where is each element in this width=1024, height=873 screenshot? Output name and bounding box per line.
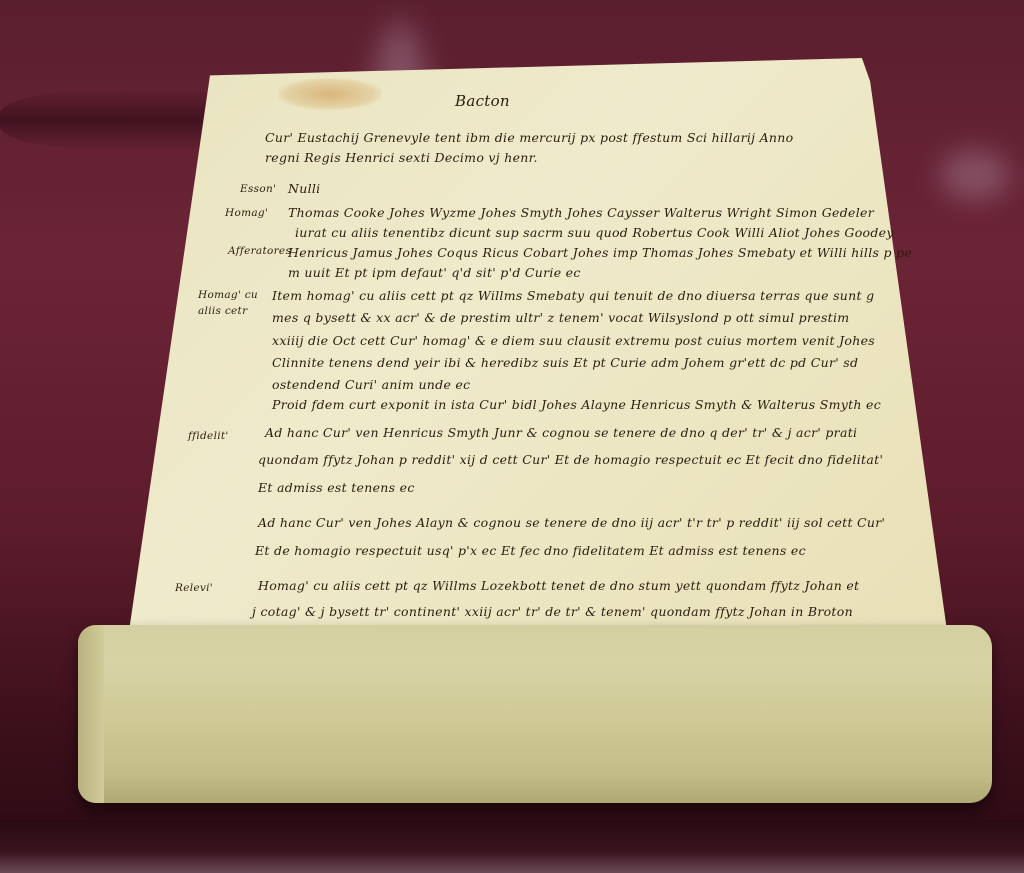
margin-note: Homag' cu aliis cetr [198, 287, 268, 319]
entry-line: j cotag' & j bysett tr' continent' xxiij… [252, 604, 853, 619]
light-reflection [940, 150, 1010, 200]
margin-note: ffidelit' [188, 430, 229, 442]
rolled-parchment [78, 625, 992, 803]
margin-note: Homag' [225, 207, 268, 219]
entry-line: Clinnite tenens dend yeir ibi & heredibz… [272, 355, 858, 370]
entry-line: iurat cu aliis tenentibz dicunt sup sacr… [295, 225, 894, 240]
entry-line: Ad hanc Cur' ven Johes Alayn & cognou se… [258, 515, 885, 530]
roll-end [78, 625, 104, 803]
display-surface-edge [0, 820, 1024, 873]
entry-line: quondam ffytz Johan p reddit' xij d cett… [258, 452, 883, 467]
manuscript-heading: Bacton [455, 92, 510, 110]
entry-line: Ad hanc Cur' ven Henricus Smyth Junr & c… [265, 425, 857, 440]
entry-line: m uuit Et pt ipm defaut' q'd sit' p'd Cu… [288, 265, 581, 280]
parchment-stain [278, 78, 382, 110]
entry-line: Nulli [288, 181, 320, 196]
margin-note: Afferatores [228, 245, 291, 257]
entry-line: ostendend Curi' anim unde ec [272, 377, 470, 392]
opening-line: regni Regis Henrici sexti Decimo vj henr… [265, 150, 538, 165]
entry-line: Henricus Jamus Johes Coqus Ricus Cobart … [288, 245, 912, 260]
entry-line: mes q bysett & xx acr' & de prestim ultr… [272, 310, 849, 325]
margin-note: Relevi' [175, 582, 213, 594]
entry-line: Proid fdem curt exponit in ista Cur' bid… [272, 397, 881, 412]
entry-line: Item homag' cu aliis cett pt qz Willms S… [272, 288, 874, 303]
entry-line: Homag' cu aliis cett pt qz Willms Lozekb… [258, 578, 859, 593]
entry-line: xxiiij die Oct cett Cur' homag' & e diem… [272, 333, 875, 348]
opening-line: Cur' Eustachij Grenevyle tent ibm die me… [265, 130, 793, 145]
entry-line: Et de homagio respectuit usq' p'x ec Et … [255, 543, 806, 558]
entry-line: Et admiss est tenens ec [258, 480, 415, 495]
entry-line: Thomas Cooke Johes Wyzme Johes Smyth Joh… [288, 205, 874, 220]
margin-note: Esson' [240, 183, 276, 195]
